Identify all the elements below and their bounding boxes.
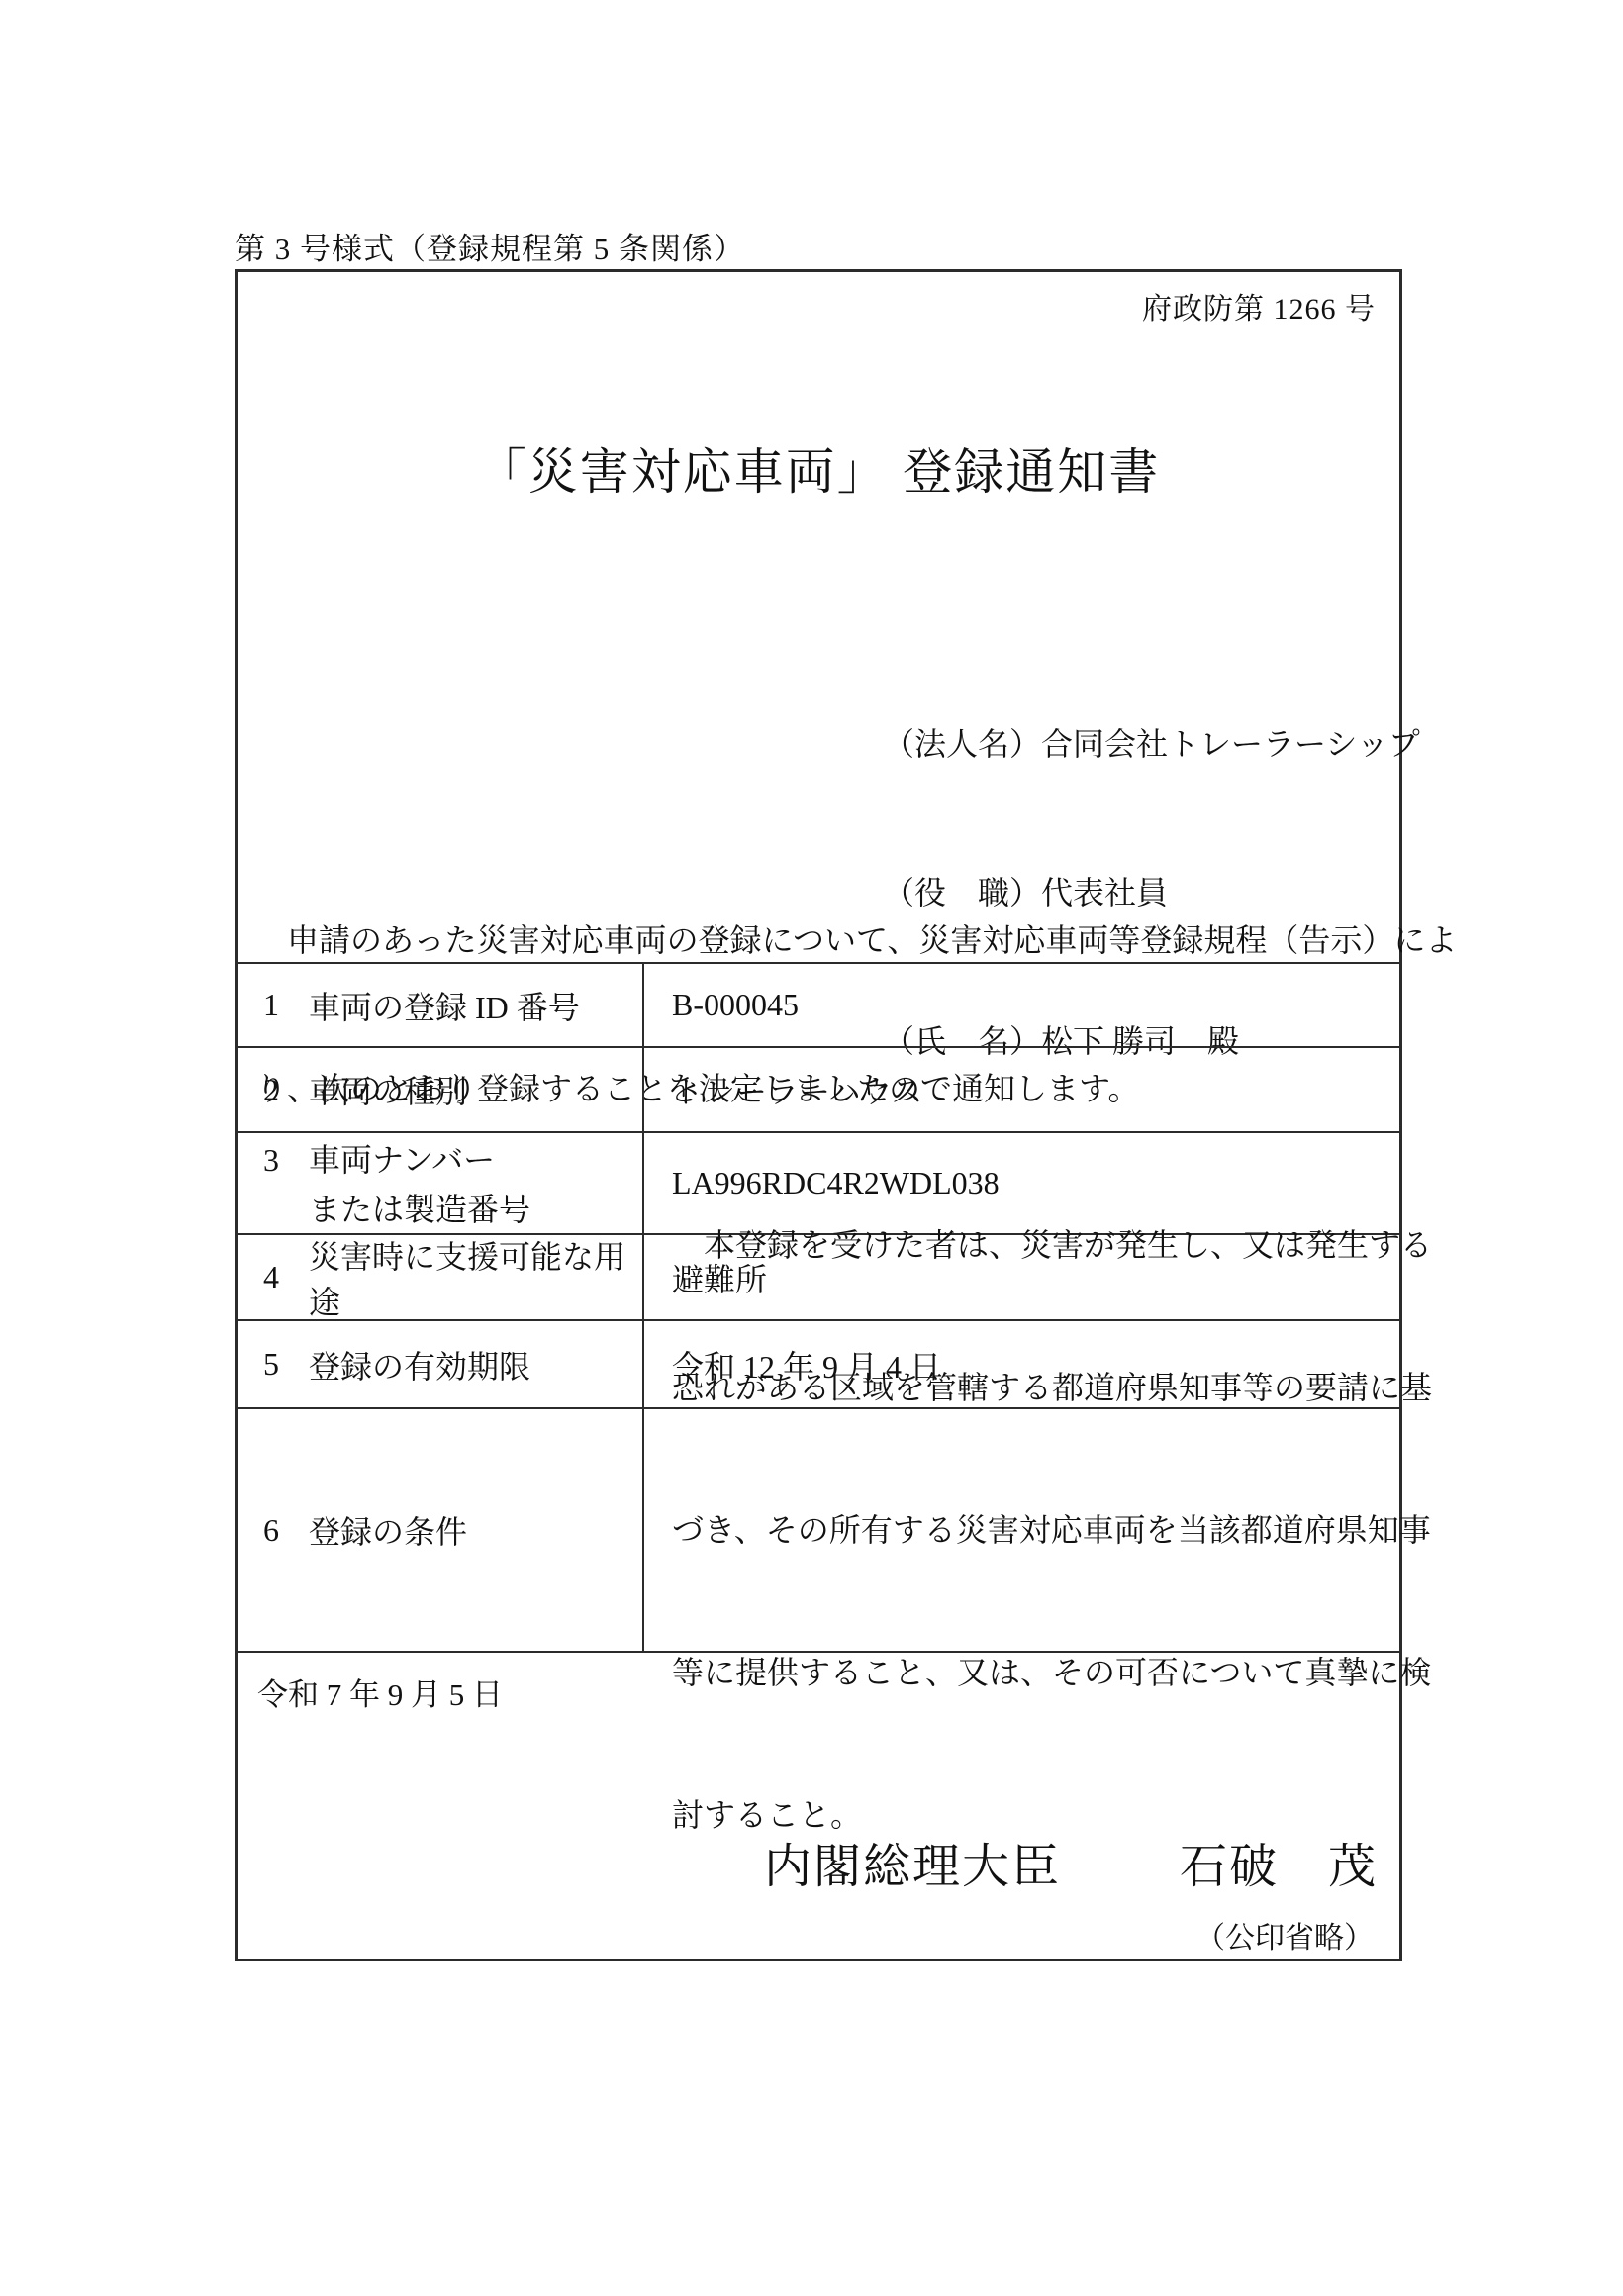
row3-number: 3 [263,1135,309,1185]
row5-label-cell: 5 登録の有効期限 [238,1321,644,1407]
row6-number: 6 [263,1512,309,1549]
page-title: 「災害対応車両」 登録通知書 [238,432,1399,504]
row6-label: 登録の条件 [309,1507,467,1553]
signer-title: 内閣総理大臣 [764,1828,1061,1896]
row5-label: 登録の有効期限 [309,1342,530,1387]
signer-name: 石破 茂 [1180,1828,1378,1896]
row3-label-cell: 3 車両ナンバーまたは製造番号 [238,1133,644,1233]
document-box: 府政防第 1266 号 「災害対応車両」 登録通知書 （法人名）合同会社トレーラ… [235,269,1402,1961]
row1-label: 車両の登録 ID 番号 [309,983,580,1028]
row1-value: B-000045 [644,964,1399,1046]
seal-omitted-note: （公印省略） [1195,1913,1374,1957]
row4-label-cell: 4 災害時に支援可能な用途 [238,1235,644,1319]
table-row-conditions: 6 登録の条件 本登録を受けた者は、災害が発生し、又は発生する 恐れがある区域を… [238,1407,1399,1653]
row1-number: 1 [263,987,309,1023]
row2-value: トレーラーハウス [644,1048,1399,1131]
row6-value: 本登録を受けた者は、災害が発生し、又は発生する 恐れがある区域を管轄する都道府県… [644,1409,1448,1651]
row4-label: 災害時に支援可能な用途 [309,1232,642,1323]
form-style-label: 第 3 号様式（登録規程第 5 条関係） [235,224,745,268]
registration-table: 1 車両の登録 ID 番号 B-000045 2 車両の種別 トレーラーハウス … [238,962,1399,1653]
signature-line: 内閣総理大臣 石破 茂 [764,1828,1378,1896]
row4-number: 4 [263,1259,309,1295]
row5-number: 5 [263,1346,309,1383]
issue-date: 令和 7 年 9 月 5 日 [257,1670,503,1714]
table-row-vehicle-id: 1 車両の登録 ID 番号 B-000045 [238,962,1399,1046]
addressee-corporation: （法人名）合同会社トレーラーシップ [883,719,1420,769]
row2-label: 車両の種別 [309,1067,467,1112]
row3-label: 車両ナンバーまたは製造番号 [309,1135,530,1234]
table-row-vehicle-type: 2 車両の種別 トレーラーハウス [238,1046,1399,1131]
conditions-text: 本登録を受けた者は、災害が発生し、又は発生する 恐れがある区域を管轄する都道府県… [672,1126,1432,1934]
row1-label-cell: 1 車両の登録 ID 番号 [238,964,644,1046]
row2-label-cell: 2 車両の種別 [238,1048,644,1131]
row6-label-cell: 6 登録の条件 [238,1409,644,1651]
row2-number: 2 [263,1072,309,1108]
body-line-1: 申請のあった災害対応車両の登録について、災害対応車両等登録規程（告示）によ [255,915,1391,965]
document-number: 府政防第 1266 号 [1142,284,1376,328]
